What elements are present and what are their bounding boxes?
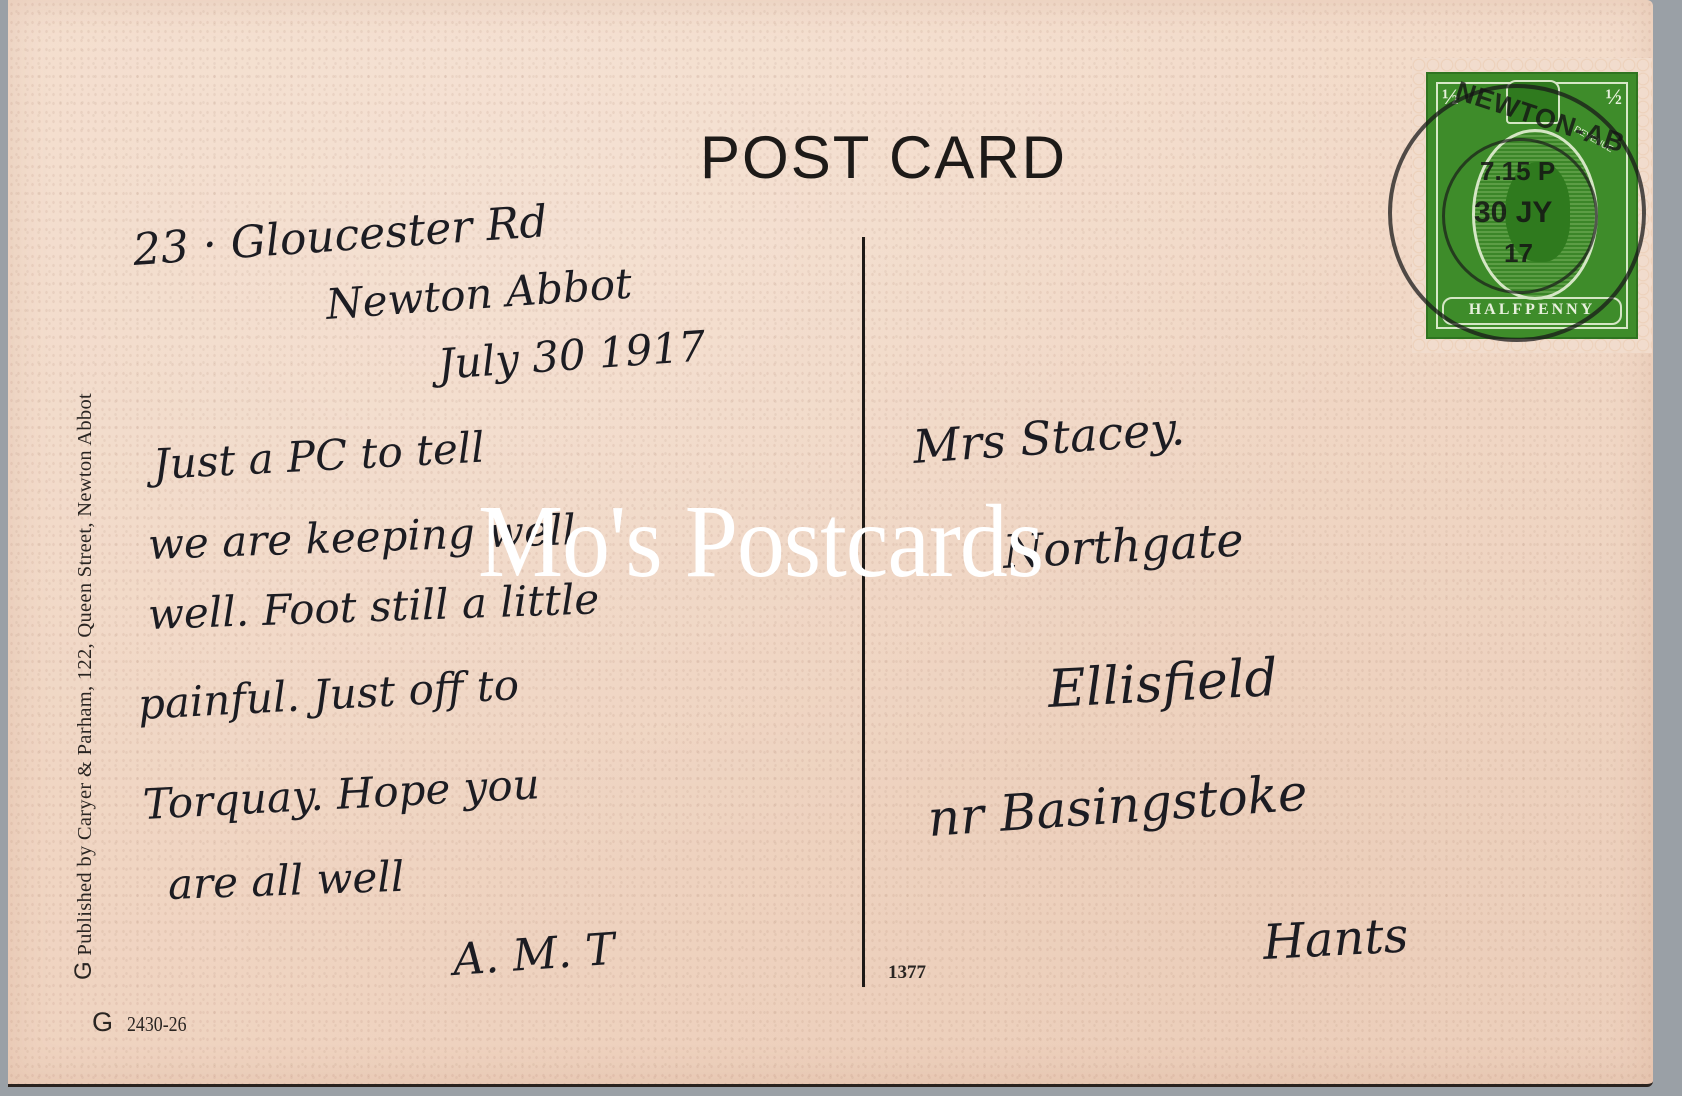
sender-address-line-2: Newton Abbot xyxy=(324,259,633,329)
recipient-line-4: nr Basingstoke xyxy=(926,764,1309,848)
message-line-4: painful. Just off to xyxy=(137,660,520,729)
postmark-cancellation: NEWTON-AB 7.15 P 30 JY 17 xyxy=(1388,84,1646,342)
catalog-number: 2430-26 xyxy=(127,1012,187,1037)
recipient-line-5: Hants xyxy=(1262,907,1410,971)
publisher-mark: G xyxy=(70,961,97,980)
message-line-6: are all well xyxy=(167,852,405,909)
publisher-imprint-text: Published by Caryer & Parham, 122, Queen… xyxy=(74,393,96,956)
publisher-imprint: G Published by Caryer & Parham, 122, Que… xyxy=(70,393,98,980)
sender-address-line-1: 23 · Gloucester Rd xyxy=(131,196,549,276)
postcard-back: POST CARD G Published by Caryer & Parham… xyxy=(8,0,1653,1087)
catalog-reference: G2430-26 xyxy=(92,1007,197,1038)
recipient-name: Mrs Stacey. xyxy=(911,401,1186,474)
postmark-date: 30 JY xyxy=(1474,196,1552,230)
post-card-heading: POST CARD xyxy=(700,128,1067,188)
watermark-text: Mo's Postcards xyxy=(478,482,1043,601)
postmark-time: 7.15 P xyxy=(1480,156,1555,187)
signature: A. M. T xyxy=(451,924,616,986)
stamp-fraction-right: ½ xyxy=(1606,84,1623,110)
message-line-1: Just a PC to tell xyxy=(152,423,486,489)
series-number: 1377 xyxy=(888,962,926,984)
stamp-face: ½ ½ REVENUE HALFPENNY NEWTON-AB 7.15 P 3… xyxy=(1426,72,1638,339)
catalog-mark: G xyxy=(92,1007,113,1037)
center-divider-line xyxy=(862,237,865,987)
postage-stamp: ½ ½ REVENUE HALFPENNY NEWTON-AB 7.15 P 3… xyxy=(1412,58,1652,353)
message-line-5: Torquay. Hope you xyxy=(142,759,541,829)
recipient-line-3: Ellisfield xyxy=(1046,648,1279,720)
letter-date: July 30 1917 xyxy=(436,321,707,389)
postmark-year: 17 xyxy=(1504,238,1533,269)
